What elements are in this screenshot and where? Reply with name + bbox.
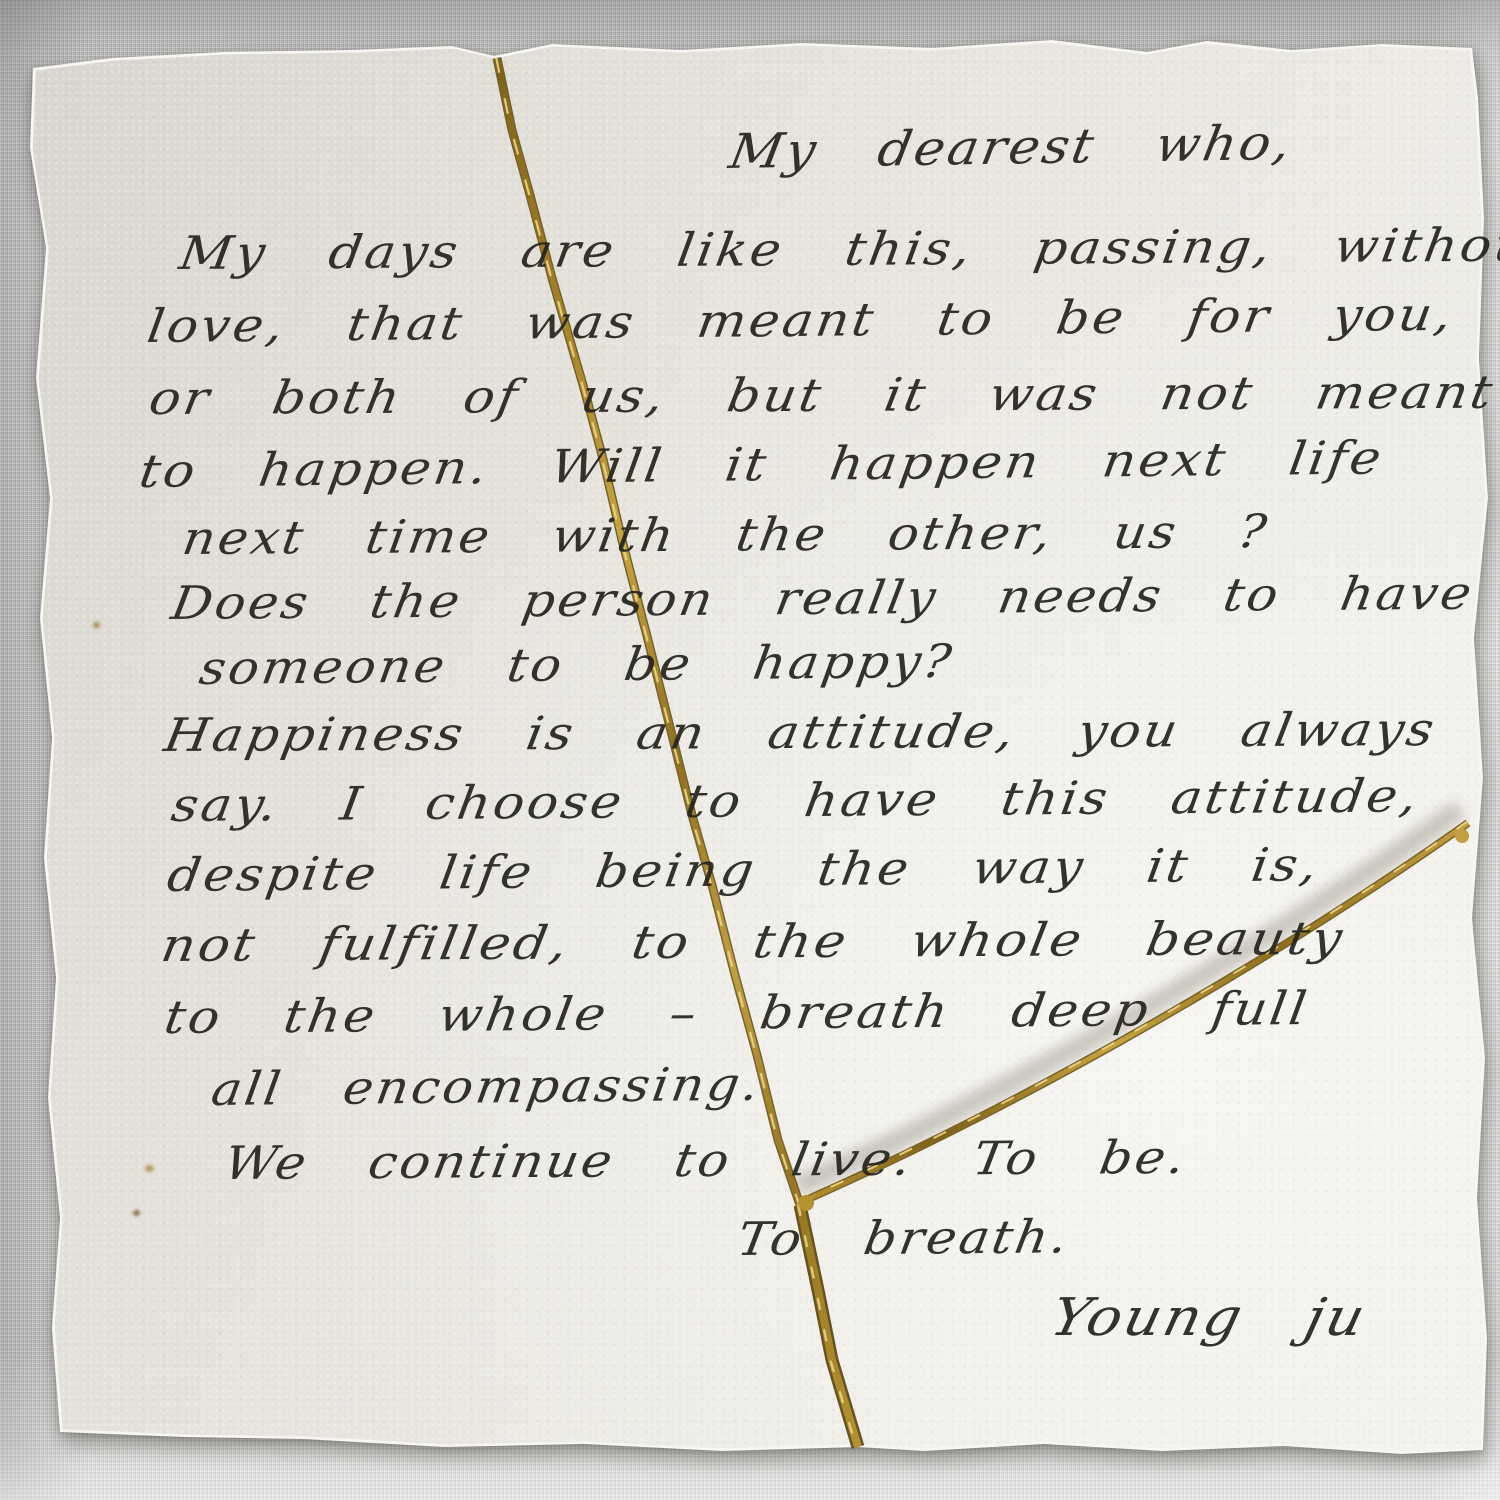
handwritten-letter-text: My dearest who, My days are like this, p… xyxy=(0,0,1500,1500)
letter-line-15: To breath. xyxy=(734,1213,1073,1262)
letter-line-8: Happiness is an attitude, you always xyxy=(161,706,1440,758)
letter-line-13: all encompassing. xyxy=(209,1061,765,1112)
letter-line-7: someone to be happy? xyxy=(197,638,957,691)
letter-line-1: My days are like this, passing, without xyxy=(177,221,1500,276)
letter-salutation: My dearest who, xyxy=(726,119,1297,176)
letter-line-14: We continue to live. To be. xyxy=(221,1134,1191,1186)
linen-fabric-background: My dearest who, My days are like this, p… xyxy=(0,0,1500,1500)
letter-line-6: Does the person really needs to have xyxy=(168,570,1477,626)
letter-signature: Young ju xyxy=(1046,1292,1372,1344)
letter-line-9: say. I choose to have this attitude, xyxy=(169,772,1423,828)
letter-line-5: next time with the other, us ? xyxy=(180,508,1273,561)
letter-line-2: love, that was meant to be for you, xyxy=(145,291,1458,349)
letter-line-10: despite life being the way it is, xyxy=(165,841,1323,898)
letter-line-3: or both of us, but it was not meant xyxy=(146,369,1498,421)
letter-line-11: not fulfilled, to the whole beauty xyxy=(158,915,1348,968)
letter-line-12: to the whole – breath deep full xyxy=(162,985,1313,1040)
letter-line-4: to happen. Will it happen next life xyxy=(137,434,1387,494)
